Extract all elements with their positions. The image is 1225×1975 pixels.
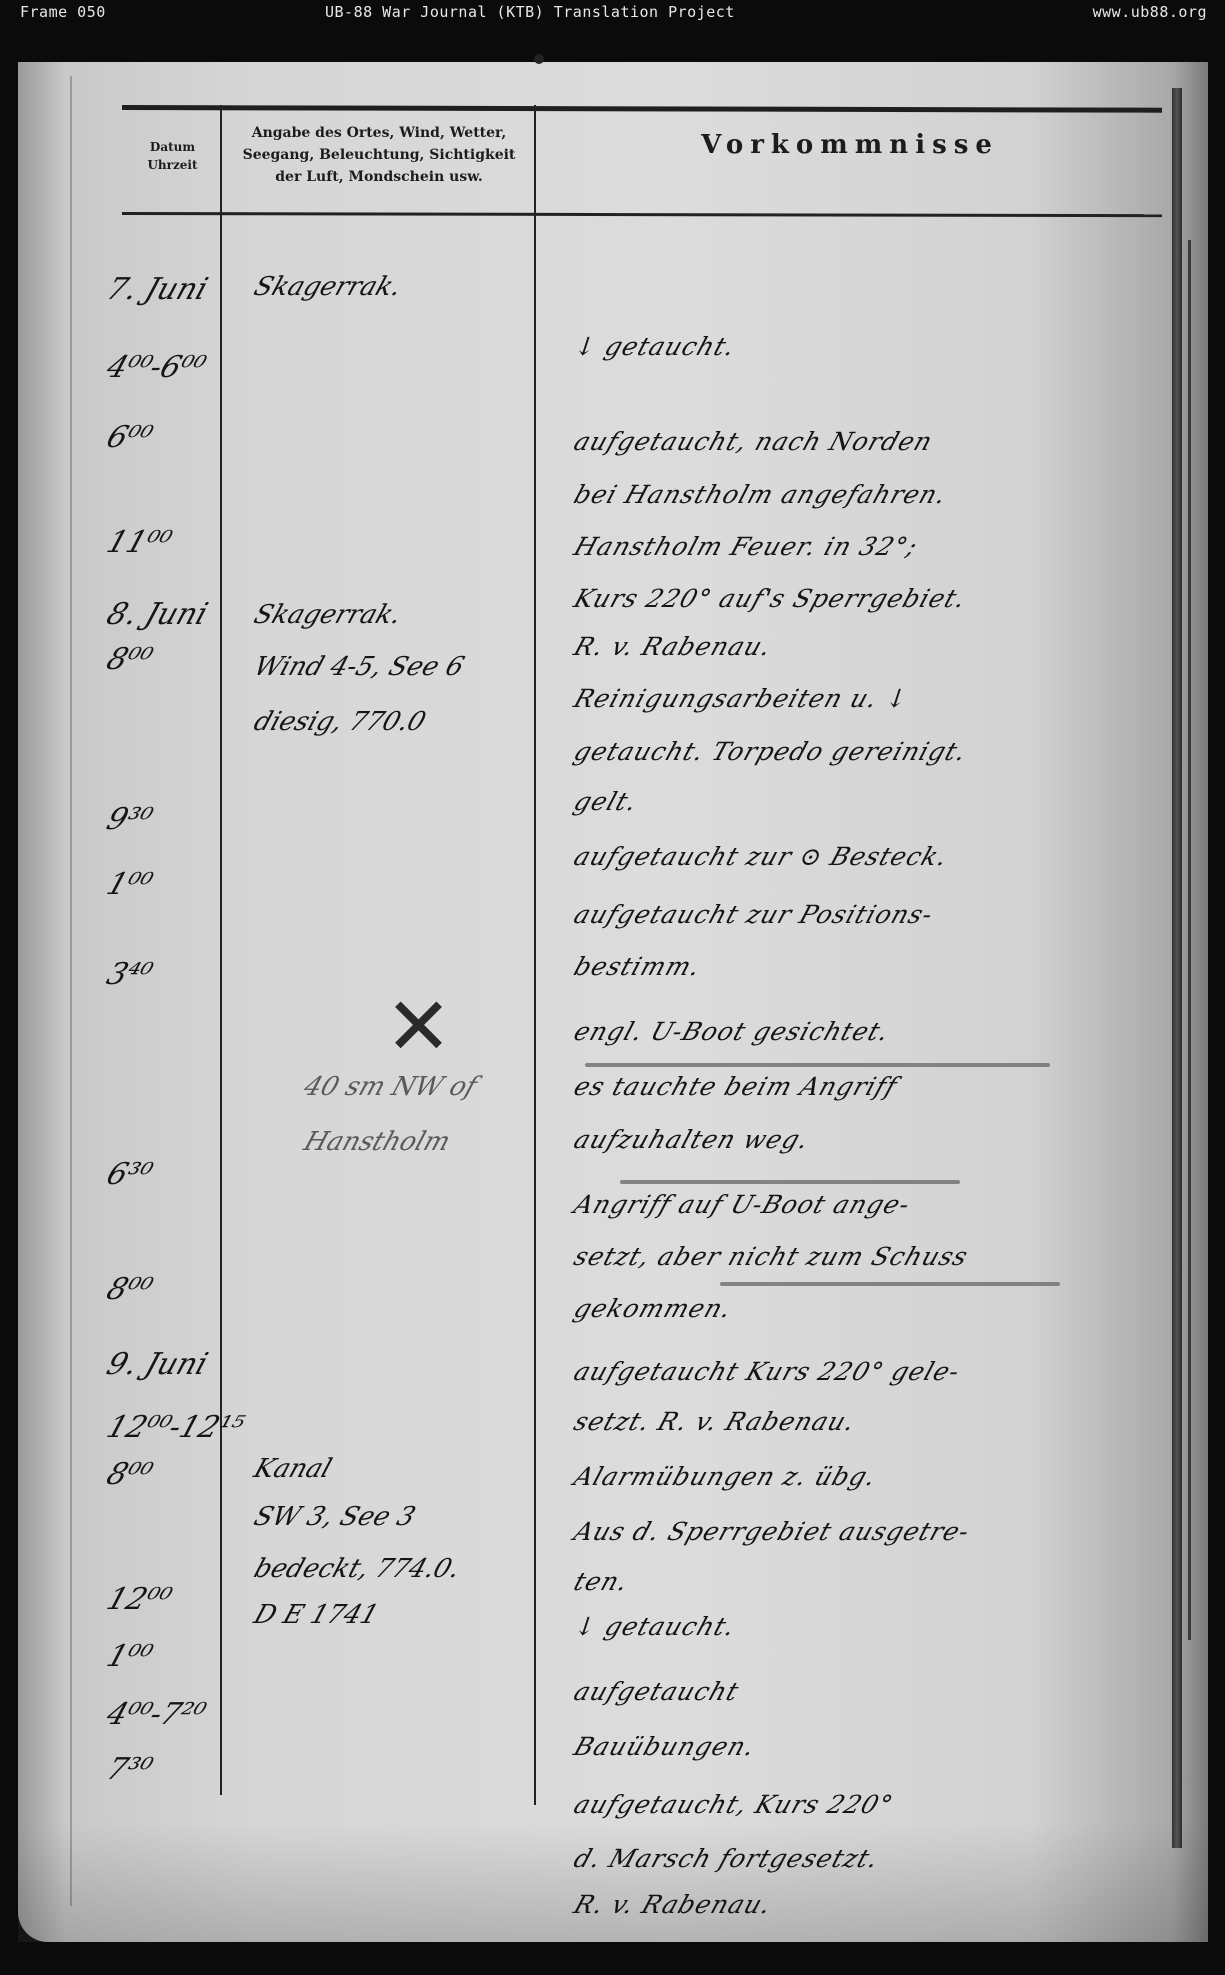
vorkommnis-entry: ten. xyxy=(570,1567,632,1596)
ort-entry: SW 3, See 3 xyxy=(250,1502,419,1532)
header-ort-line2: Seegang, Beleuchtung, Sichtigkeit xyxy=(224,144,534,166)
column-divider-ort xyxy=(534,105,536,1805)
book-spine xyxy=(1172,88,1182,1848)
vorkommnis-entry: Reinigungsarbeiten u. ↓ xyxy=(570,684,913,713)
pencil-underline xyxy=(720,1282,1060,1286)
vorkommnis-entry: R. v. Rabenau. xyxy=(570,632,775,661)
vorkommnis-entry: aufgetaucht, nach Norden xyxy=(570,427,936,456)
vorkommnis-entry: es tauchte beim Angriff xyxy=(570,1072,901,1101)
vorkommnis-entry: engl. U-Boot gesichtet. xyxy=(570,1017,893,1046)
frame-label: Frame 050 xyxy=(20,3,106,21)
datum-entry: 12⁰⁰ xyxy=(102,1582,176,1617)
vorkommnis-entry: aufgetaucht xyxy=(570,1677,743,1706)
vorkommnis-entry: Kurs 220° auf's Sperrgebiet. xyxy=(570,584,970,613)
punch-hole-dot xyxy=(534,54,544,64)
pencil-underline xyxy=(620,1180,960,1184)
vorkommnis-entry: Aus d. Sperrgebiet ausgetre- xyxy=(570,1517,974,1546)
pencil-note: Hanstholm xyxy=(300,1127,454,1157)
vorkommnis-entry: Hanstholm Feuer. in 32°; xyxy=(570,532,921,561)
header-vorkommnisse: Vorkommnisse xyxy=(540,130,1160,160)
datum-entry: 8. Juni xyxy=(102,597,212,632)
vorkommnis-entry: setzt, aber nicht zum Schuss xyxy=(570,1242,972,1271)
vorkommnis-entry: gelt. xyxy=(570,787,641,816)
ort-entry: D E 1741 xyxy=(250,1600,382,1630)
vorkommnis-entry: aufgetaucht zur ⊙ Besteck. xyxy=(570,842,952,871)
datum-entry: 9. Juni xyxy=(102,1347,212,1382)
project-title: UB-88 War Journal (KTB) Translation Proj… xyxy=(325,3,735,21)
vorkommnis-entry: aufzuhalten weg. xyxy=(570,1125,813,1154)
frame-header: Frame 050 UB-88 War Journal (KTB) Transl… xyxy=(0,0,1225,30)
datum-entry: 7. Juni xyxy=(102,272,212,307)
datum-entry: 4⁰⁰-6⁰⁰ xyxy=(102,350,210,385)
datum-entry: 11⁰⁰ xyxy=(102,525,176,560)
vorkommnis-entry: getaucht. Torpedo gereinigt. xyxy=(570,737,970,766)
vorkommnis-entry: Alarmübungen z. übg. xyxy=(570,1462,880,1491)
ort-entry: bedeckt, 774.0. xyxy=(250,1554,464,1584)
datum-entry: 12⁰⁰-12¹⁵ xyxy=(102,1410,248,1445)
datum-entry: 4⁰⁰-7²⁰ xyxy=(102,1697,210,1732)
vorkommnis-entry: bei Hanstholm angefahren. xyxy=(570,480,951,509)
column-divider-datum xyxy=(220,105,222,1795)
ort-entry: Wind 4-5, See 6 xyxy=(250,652,468,682)
vorkommnis-entry: aufgetaucht zur Positions- xyxy=(570,900,937,929)
ort-entry: diesig, 770.0 xyxy=(250,707,429,737)
vorkommnis-entry: Bauübungen. xyxy=(570,1732,759,1761)
vorkommnis-entry: R. v. Rabenau. xyxy=(570,1890,775,1919)
ort-entry: Skagerrak. xyxy=(250,600,405,630)
vorkommnis-entry: setzt. R. v. Rabenau. xyxy=(570,1407,859,1436)
header-ort-line3: der Luft, Mondschein usw. xyxy=(224,166,534,188)
vorkommnis-entry: Angriff auf U-Boot ange- xyxy=(570,1190,914,1219)
header-datum-uhrzeit: Datum Uhrzeit xyxy=(130,138,215,174)
pencil-underline xyxy=(585,1063,1050,1067)
vorkommnis-entry: bestimm. xyxy=(570,952,704,981)
vorkommnis-entry: aufgetaucht Kurs 220° gele- xyxy=(570,1357,964,1386)
header-datum-line1: Datum xyxy=(130,138,215,156)
header-ort-line1: Angabe des Ortes, Wind, Wetter, xyxy=(224,122,534,144)
vorkommnis-entry: aufgetaucht, Kurs 220° xyxy=(570,1790,897,1819)
vorkommnis-entry: d. Marsch fortgesetzt. xyxy=(570,1844,883,1873)
header-datum-line2: Uhrzeit xyxy=(130,156,215,174)
ort-entry: Skagerrak. xyxy=(250,272,405,302)
website-link[interactable]: www.ub88.org xyxy=(1093,3,1207,21)
vorkommnis-entry: ↓ getaucht. xyxy=(570,1612,739,1641)
vorkommnis-entry: ↓ getaucht. xyxy=(570,332,739,361)
vorkommnis-entry: gekommen. xyxy=(570,1294,736,1323)
binding-thread xyxy=(1188,240,1191,1640)
pencil-note: 40 sm NW of xyxy=(300,1072,480,1102)
page-margin-line xyxy=(70,76,72,1906)
pencil-x-mark: ✕ xyxy=(385,980,452,1073)
page-shadow xyxy=(18,1822,1208,1942)
header-ort-wetter: Angabe des Ortes, Wind, Wetter, Seegang,… xyxy=(224,122,534,188)
ort-entry: Kanal xyxy=(250,1454,335,1484)
